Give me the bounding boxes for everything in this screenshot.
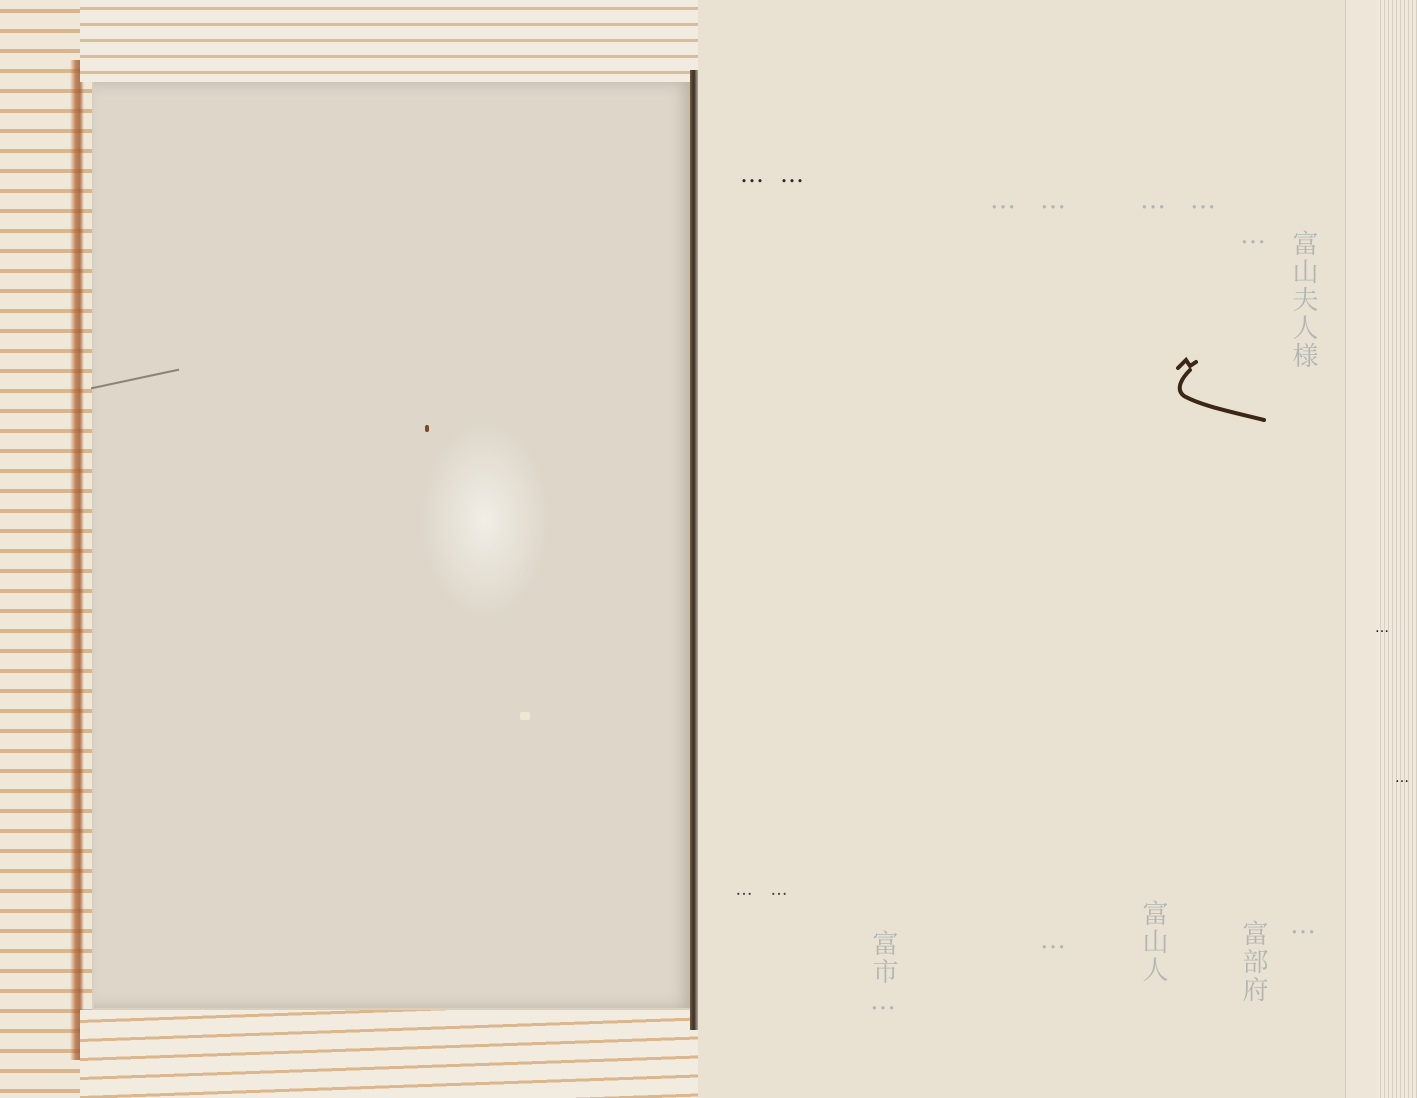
rust-stain — [70, 60, 84, 1060]
name-faint: … — [1290, 910, 1316, 942]
ink-stroke-mark — [1172, 350, 1272, 430]
name-ink: … — [735, 880, 752, 901]
text-column-ink: … — [780, 160, 804, 190]
cover-flap-top — [80, 0, 700, 82]
text-column-faint: … — [1240, 220, 1266, 252]
paper-spot — [520, 712, 530, 720]
name-faint: 富山人 — [1140, 900, 1166, 984]
name-faint: … — [1040, 925, 1066, 957]
page-fold-margin — [1345, 0, 1378, 1098]
book-gutter — [690, 70, 698, 1030]
text-column-faint: … — [1190, 185, 1216, 217]
text-column-faint: … — [1040, 185, 1066, 217]
text-column-faint: 富山夫人様 — [1290, 230, 1316, 370]
name-faint: 富部府 — [1240, 920, 1266, 1004]
name-ink: … — [770, 880, 787, 901]
paper-spot — [425, 425, 429, 432]
cover-flap-bottom — [80, 1010, 700, 1098]
edge-mark: … — [1395, 770, 1409, 788]
text-column-faint: … — [1140, 185, 1166, 217]
text-column-ink: … — [740, 160, 764, 190]
edge-mark: … — [1375, 620, 1389, 638]
left-page-blank — [94, 82, 694, 1008]
paper-abrasion — [420, 420, 550, 620]
page-edges — [1377, 0, 1417, 1098]
text-column-faint: … — [990, 185, 1016, 217]
name-faint: 富市… — [870, 930, 896, 1018]
